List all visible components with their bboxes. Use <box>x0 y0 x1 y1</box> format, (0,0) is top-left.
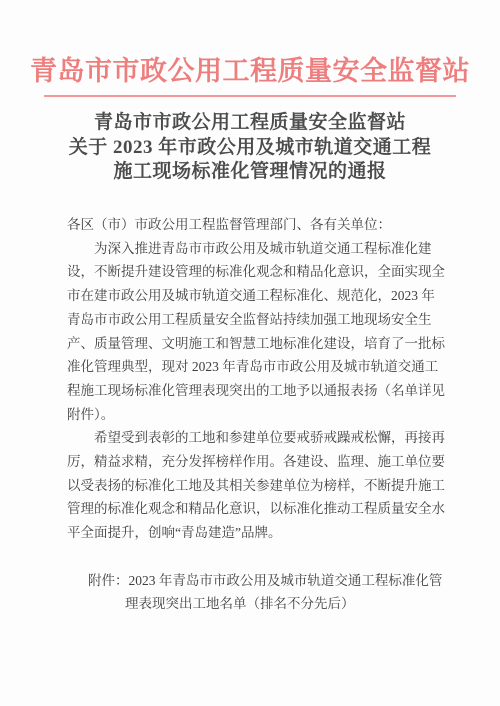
document-page: 青岛市市政公用工程质量安全监督站 青岛市市政公用工程质量安全监督站 关于 202… <box>0 0 500 706</box>
paragraph-2: 希望受到表彰的工地和参建单位要戒骄戒躁戒松懈，再接再 厉，精益求精，充分发挥榜样… <box>67 426 441 545</box>
document-title: 青岛市市政公用工程质量安全监督站 关于 2023 年市政公用及城市轨道交通工程 … <box>0 111 500 185</box>
paragraph-1: 为深入推进青岛市市政公用及城市轨道交通工程标准化建 设，不断提升建设管理的标准化… <box>67 237 441 427</box>
attachment-note: 附件：2023 年青岛市市政公用及城市轨道交通工程标准化管 理表现突出工地名单（… <box>67 569 441 616</box>
body-line: 管理的标准化观念和精品化意识，以标准化推动工程质量安全水 <box>67 497 441 521</box>
letterhead-divider <box>44 95 456 97</box>
body-line: 希望受到表彰的工地和参建单位要戒骄戒躁戒松懈，再接再 <box>67 426 441 450</box>
document-title-line-2: 关于 2023 年市政公用及城市轨道交通工程 <box>0 136 500 161</box>
document-title-line-3: 施工现场标准化管理情况的通报 <box>0 160 500 185</box>
body-line: 以受表扬的标准化工地及其相关参建单位为榜样，不断提升施工 <box>67 474 441 498</box>
body-line: 准化管理典型，现对 2023 年青岛市市政公用及城市轨道交通工 <box>67 355 441 379</box>
body-line: 平全面提升，创响“青岛建造”品牌。 <box>67 521 441 545</box>
body-line: 市在建市政公用及城市轨道交通工程标准化、规范化，2023 年 <box>67 284 441 308</box>
salutation: 各区（市）市政公用工程监督管理部门、各有关单位： <box>67 213 441 237</box>
body-line: 附件）。 <box>67 403 441 427</box>
body-line: 程施工现场标准化管理表现突出的工地予以通报表扬（名单详见 <box>67 379 441 403</box>
letterhead-org-name: 青岛市市政公用工程质量安全监督站 <box>20 0 480 90</box>
document-title-line-1: 青岛市市政公用工程质量安全监督站 <box>0 111 500 136</box>
document-body: 各区（市）市政公用工程监督管理部门、各有关单位： 为深入推进青岛市市政公用及城市… <box>67 213 441 616</box>
body-line: 青岛市市政公用工程质量安全监督站持续加强工地现场安全生 <box>67 308 441 332</box>
body-line: 厉，精益求精，充分发挥榜样作用。各建设、监理、施工单位要 <box>67 450 441 474</box>
attachment-line: 理表现突出工地名单（排名不分先后） <box>67 592 441 616</box>
body-line: 产、质量管理、文明施工和智慧工地标准化建设，培育了一批标 <box>67 332 441 356</box>
attachment-line: 附件：2023 年青岛市市政公用及城市轨道交通工程标准化管 <box>67 569 441 593</box>
body-line: 设，不断提升建设管理的标准化观念和精品化意识，全面实现全 <box>67 260 441 284</box>
body-line: 为深入推进青岛市市政公用及城市轨道交通工程标准化建 <box>67 237 441 261</box>
